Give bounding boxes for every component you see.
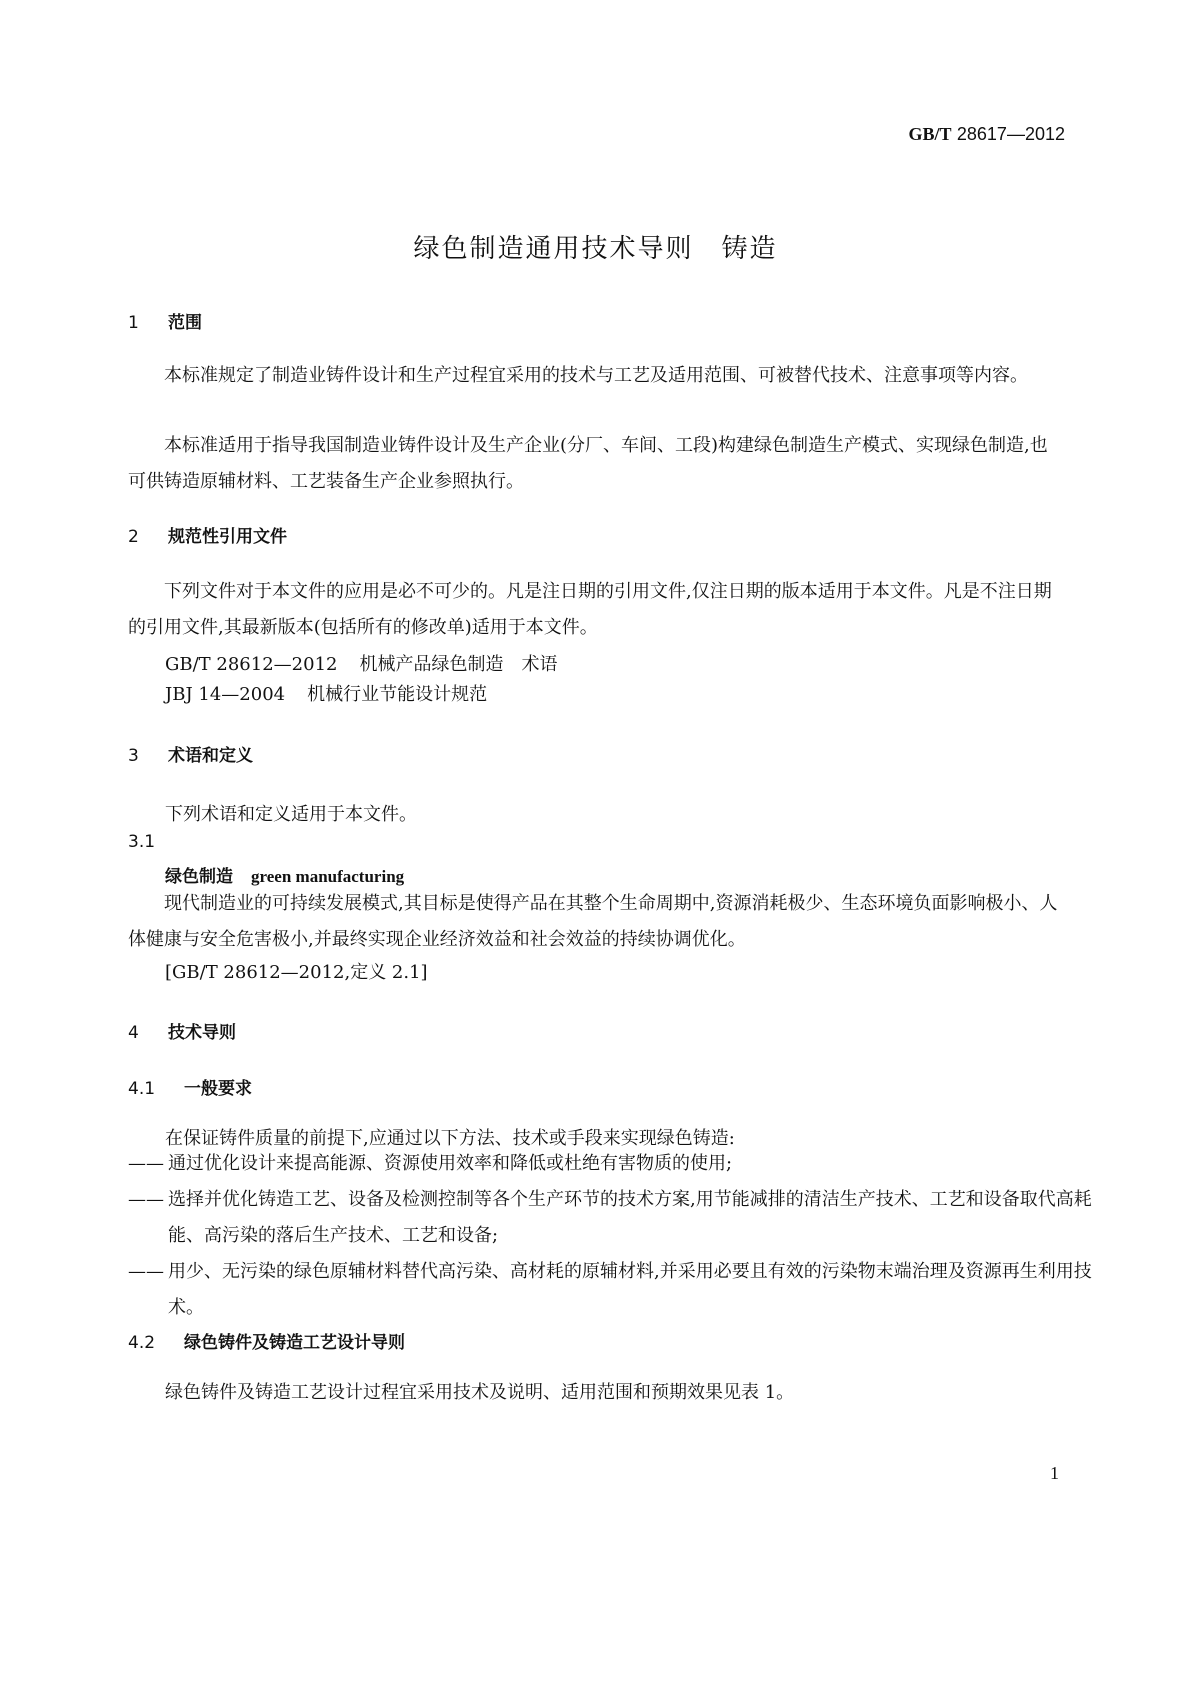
subsection-4-2-heading: 4.2绿色铸件及铸造工艺设计导则 <box>128 1328 405 1353</box>
dash-bullet: —— <box>128 1182 168 1218</box>
subsection-4-1-heading: 4.1一般要求 <box>128 1074 252 1099</box>
reference-item: JBJ 14—2004机械行业节能设计规范 <box>165 680 487 706</box>
paragraph: 下列文件对于本文件的应用是必不可少的。凡是注日期的引用文件,仅注日期的版本适用于… <box>128 574 1058 646</box>
paragraph: 本标准适用于指导我国制造业铸件设计及生产企业(分厂、车间、工段)构建绿色制造生产… <box>128 428 1058 500</box>
subsection-title: 一般要求 <box>184 1079 252 1099</box>
paragraph: 下列术语和定义适用于本文件。 <box>165 800 417 826</box>
section-title: 规范性引用文件 <box>168 527 287 547</box>
standard-prefix: GB/T <box>908 124 951 144</box>
section-1-heading: 1范围 <box>128 308 202 333</box>
dash-bullet: —— <box>128 1254 168 1290</box>
reference-code: GB/T 28612—2012 <box>165 654 337 675</box>
dash-bullet: —— <box>128 1146 168 1182</box>
section-2-heading: 2规范性引用文件 <box>128 522 287 547</box>
reference-item: GB/T 28612—2012机械产品绿色制造 术语 <box>165 650 557 676</box>
standard-number: GB/T 28617—2012 <box>908 124 1065 145</box>
subsection-number: 4.2 <box>128 1333 184 1353</box>
list-item: ——用少、无污染的绿色原辅材料替代高污染、高材耗的原辅材料,并采用必要且有效的污… <box>128 1254 1098 1326</box>
term-english: green manufacturing <box>251 867 404 886</box>
term-source: [GB/T 28612—2012,定义 2.1] <box>165 958 428 984</box>
term-definition: 现代制造业的可持续发展模式,其目标是使得产品在其整个生命周期中,资源消耗极少、生… <box>128 886 1058 958</box>
page-number: 1 <box>1050 1463 1059 1484</box>
list-item-text: 用少、无污染的绿色原辅材料替代高污染、高材耗的原辅材料,并采用必要且有效的污染物… <box>168 1261 1092 1318</box>
section-3-heading: 3术语和定义 <box>128 741 253 766</box>
subsection-title: 绿色铸件及铸造工艺设计导则 <box>184 1333 405 1353</box>
reference-title: 机械产品绿色制造 术语 <box>359 654 557 675</box>
standard-code: 28617—2012 <box>957 124 1065 144</box>
section-number: 2 <box>128 527 168 547</box>
section-number: 1 <box>128 313 168 333</box>
paragraph: 本标准规定了制造业铸件设计和生产过程宜采用的技术与工艺及适用范围、可被替代技术、… <box>128 358 1058 394</box>
section-title: 术语和定义 <box>168 746 253 766</box>
list-item: ——选择并优化铸造工艺、设备及检测控制等各个生产环节的技术方案,用节能减排的清洁… <box>128 1182 1098 1254</box>
section-4-heading: 4技术导则 <box>128 1018 236 1043</box>
subsection-number: 4.1 <box>128 1079 184 1099</box>
section-number: 4 <box>128 1023 168 1043</box>
list-item-text: 选择并优化铸造工艺、设备及检测控制等各个生产环节的技术方案,用节能减排的清洁生产… <box>168 1189 1092 1246</box>
section-number: 3 <box>128 746 168 766</box>
reference-title: 机械行业节能设计规范 <box>307 684 487 705</box>
term-chinese: 绿色制造 <box>165 867 233 887</box>
document-title: 绿色制造通用技术导则 铸造 <box>0 228 1191 265</box>
term-heading: 绿色制造green manufacturing <box>165 862 404 887</box>
section-title: 技术导则 <box>168 1023 236 1043</box>
section-title: 范围 <box>168 313 202 333</box>
list-item: ——通过优化设计来提高能源、资源使用效率和降低或杜绝有害物质的使用; <box>128 1146 1098 1182</box>
paragraph: 绿色铸件及铸造工艺设计过程宜采用技术及说明、适用范围和预期效果见表 1。 <box>165 1378 794 1404</box>
reference-code: JBJ 14—2004 <box>165 684 285 705</box>
term-number: 3.1 <box>128 832 155 852</box>
list-item-text: 通过优化设计来提高能源、资源使用效率和降低或杜绝有害物质的使用; <box>168 1153 732 1174</box>
